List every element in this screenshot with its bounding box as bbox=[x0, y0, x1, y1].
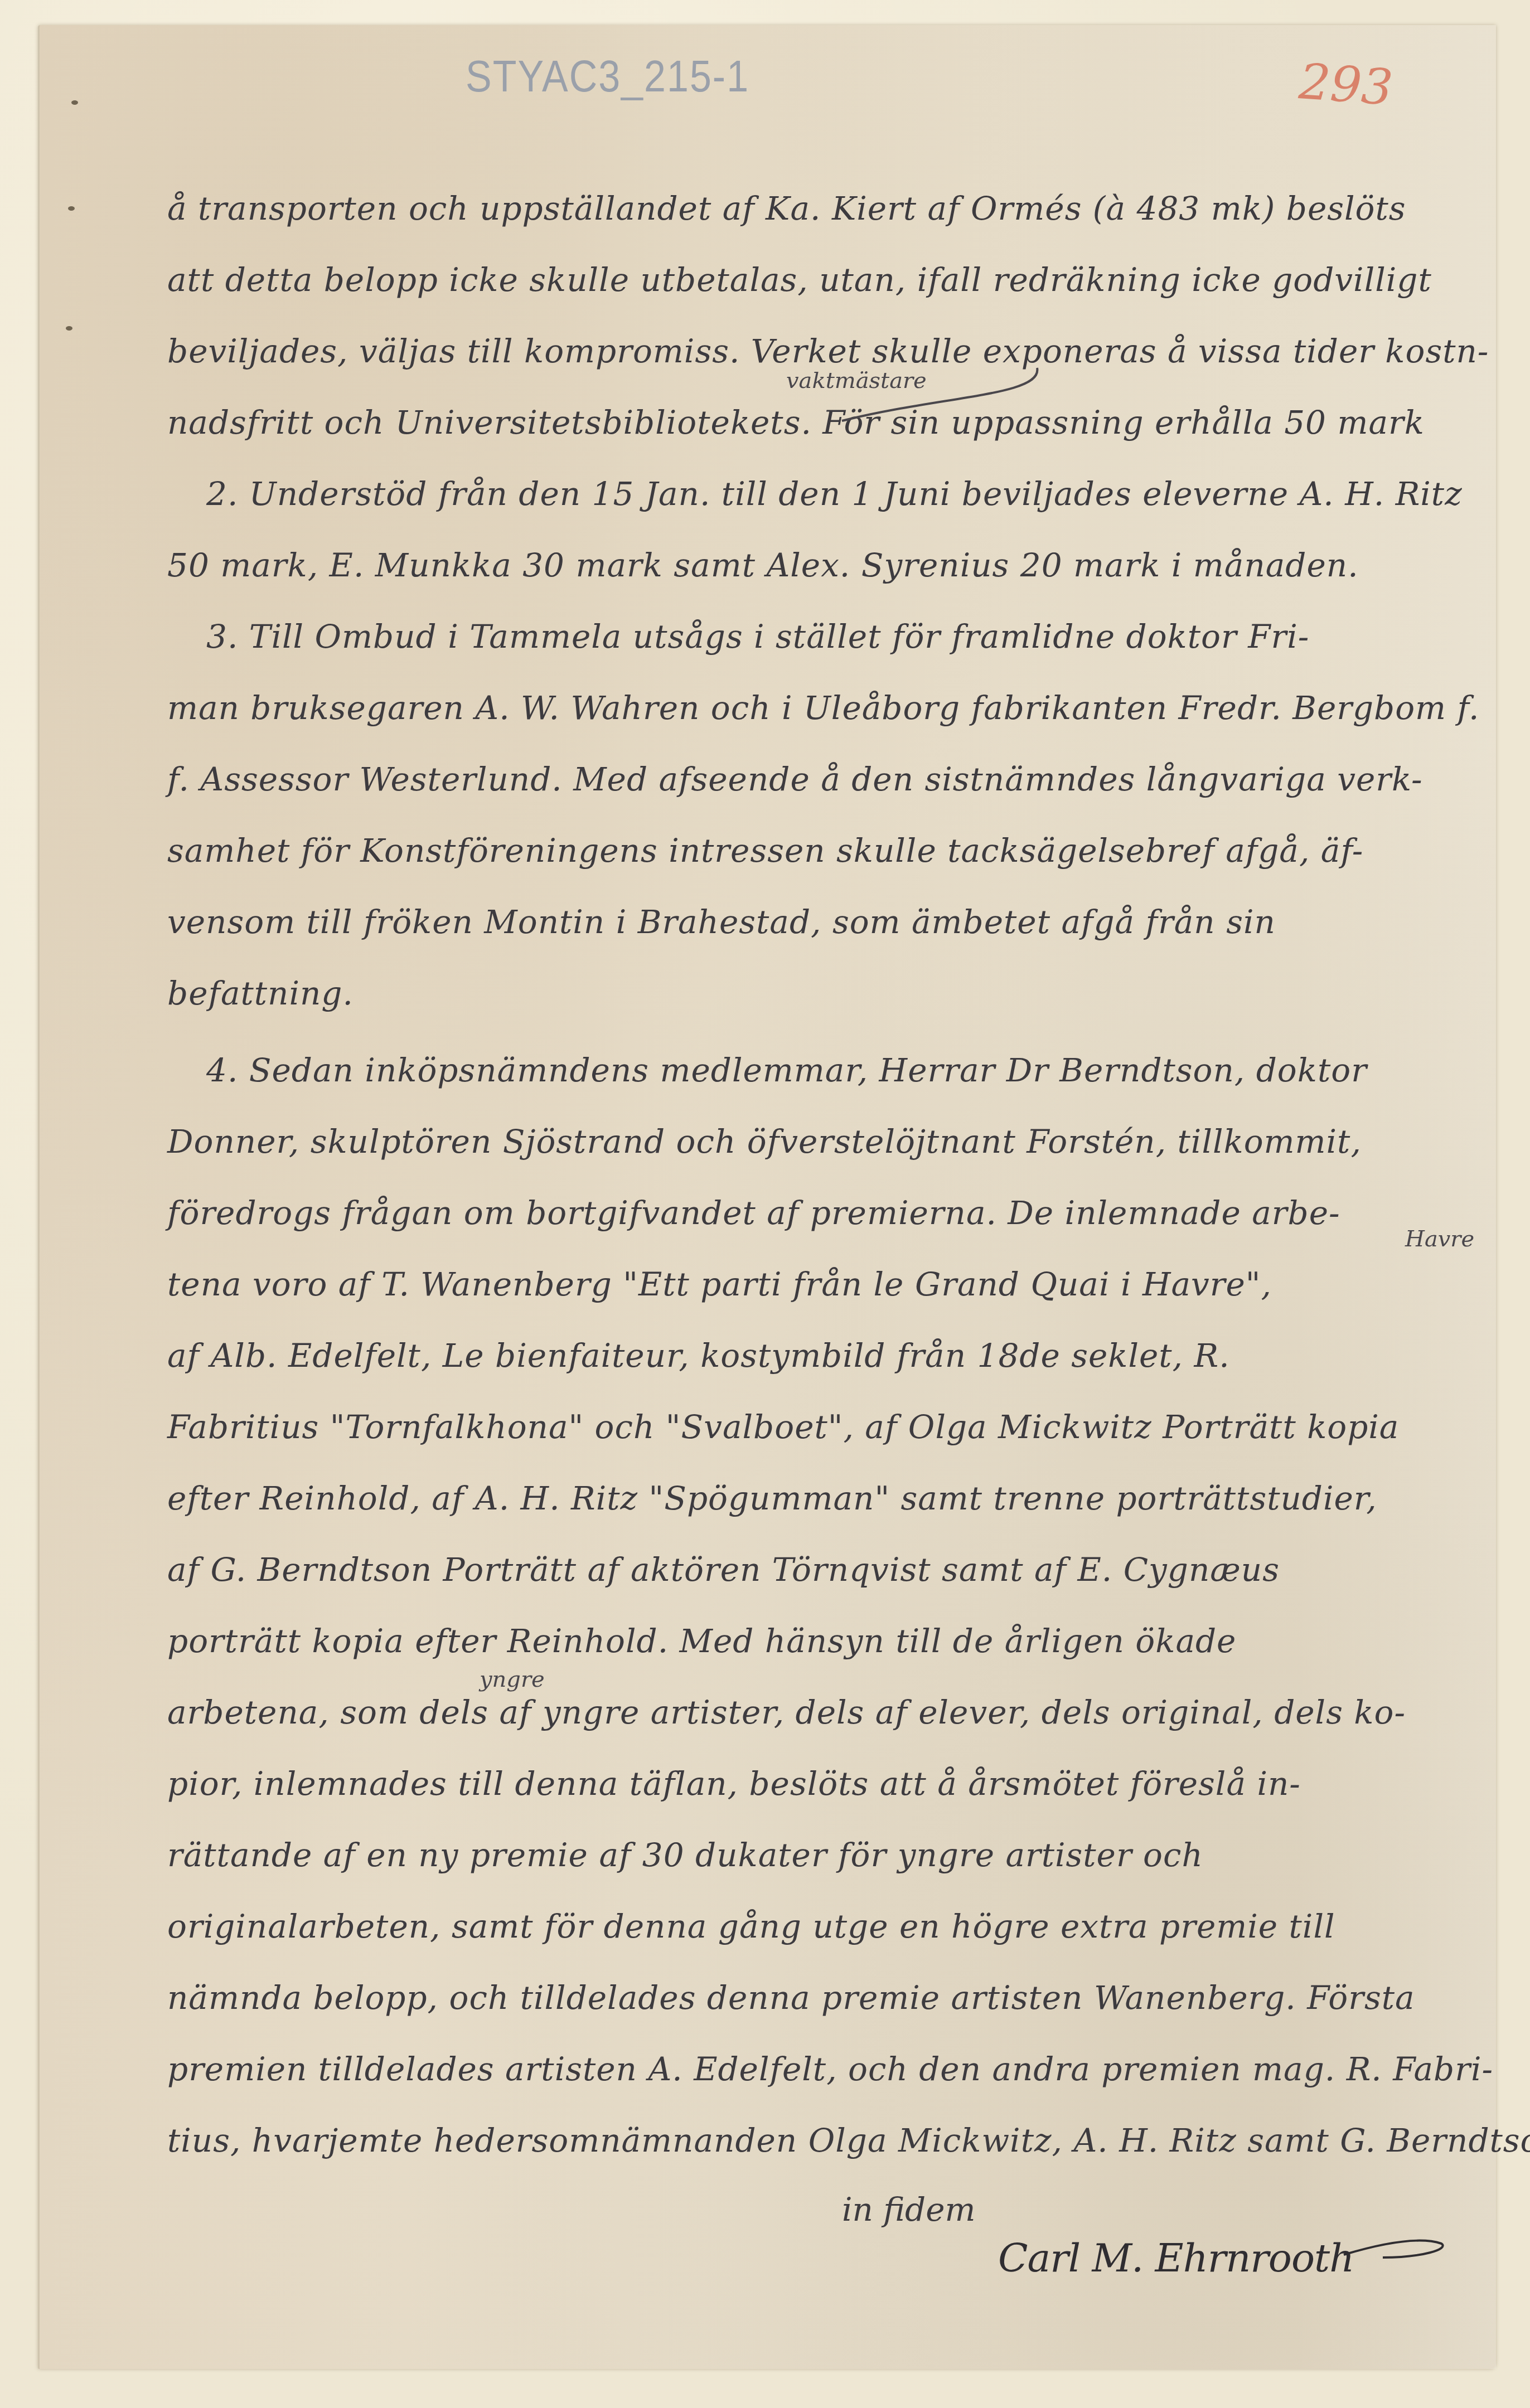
signature-flourish bbox=[1338, 2230, 1450, 2274]
text-line: befattning. bbox=[167, 974, 354, 1012]
text-line: 50 mark, E. Munkka 30 mark samt Alex. Sy… bbox=[167, 546, 1359, 584]
paragraph-3-line: 3. Till Ombud i Tammela utsågs i stället… bbox=[206, 618, 1309, 656]
text-line: å transporten och uppställandet af Ka. K… bbox=[167, 190, 1406, 227]
text-line: samhet för Konstföreningens intressen sk… bbox=[167, 832, 1363, 870]
text-line: originalarbeten, samt för denna gång utg… bbox=[167, 1907, 1335, 1945]
text-line: tius, hvarjemte hedersomnämnanden Olga M… bbox=[167, 2121, 1530, 2159]
text-line: efter Reinhold, af A. H. Ritz "Spögumman… bbox=[167, 1479, 1377, 1517]
folio-number: 293 bbox=[1297, 52, 1395, 116]
text-line: Donner, skulptören Sjöstrand och öfverst… bbox=[167, 1123, 1362, 1161]
text-line: tena voro af T. Wanenberg "Ett parti frå… bbox=[167, 1265, 1272, 1303]
text-line: af G. Berndtson Porträtt af aktören Törn… bbox=[167, 1551, 1280, 1589]
margin-mark bbox=[68, 206, 75, 211]
paragraph-4-line: 4. Sedan inköpsnämndens medlemmar, Herra… bbox=[206, 1051, 1367, 1089]
interlinear-insertion: Havre bbox=[1405, 1226, 1474, 1252]
interlinear-insertion: yngre bbox=[480, 1667, 545, 1692]
text-line: vensom till fröken Montin i Brahestad, s… bbox=[167, 903, 1276, 941]
text-line: Fabritius "Tornfalkhona" och "Svalboet",… bbox=[167, 1408, 1399, 1446]
signature: Carl M. Ehrnrooth bbox=[998, 2235, 1354, 2281]
text-line: nämnda belopp, och tilldelades denna pre… bbox=[167, 1979, 1415, 2017]
text-line: rättande af en ny premie af 30 dukater f… bbox=[167, 1836, 1203, 1874]
text-line: af Alb. Edelfelt, Le bienfaiteur, kostym… bbox=[167, 1337, 1230, 1375]
margin-mark bbox=[66, 326, 72, 331]
text-line: arbetena, som dels af yngre artister, de… bbox=[167, 1693, 1406, 1731]
text-line: f. Assessor Westerlund. Med afseende å d… bbox=[167, 760, 1423, 798]
text-line: man bruksegaren A. W. Wahren och i Uleåb… bbox=[167, 689, 1479, 727]
text-line: porträtt kopia efter Reinhold. Med hänsy… bbox=[167, 1622, 1236, 1660]
text-line: nadsfritt och Universitetsbibliotekets. … bbox=[167, 404, 1425, 441]
insertion-caret-curve bbox=[831, 362, 1054, 424]
text-line: att detta belopp icke skulle utbetalas, … bbox=[167, 261, 1432, 299]
text-line: premien tilldelades artisten A. Edelfelt… bbox=[167, 2050, 1493, 2088]
paragraph-2-line: 2. Understöd från den 15 Jan. till den 1… bbox=[206, 475, 1463, 513]
text-line: beviljades, väljas till kompromiss. Verk… bbox=[167, 332, 1489, 370]
in-fidem-signoff: in fidem bbox=[842, 2191, 975, 2229]
text-line: föredrogs frågan om bortgifvandet af pre… bbox=[167, 1194, 1340, 1232]
archive-id-label: STYAC3_215-1 bbox=[466, 50, 749, 101]
text-line: pior, inlemnades till denna täflan, besl… bbox=[167, 1765, 1301, 1803]
margin-mark bbox=[71, 100, 78, 105]
